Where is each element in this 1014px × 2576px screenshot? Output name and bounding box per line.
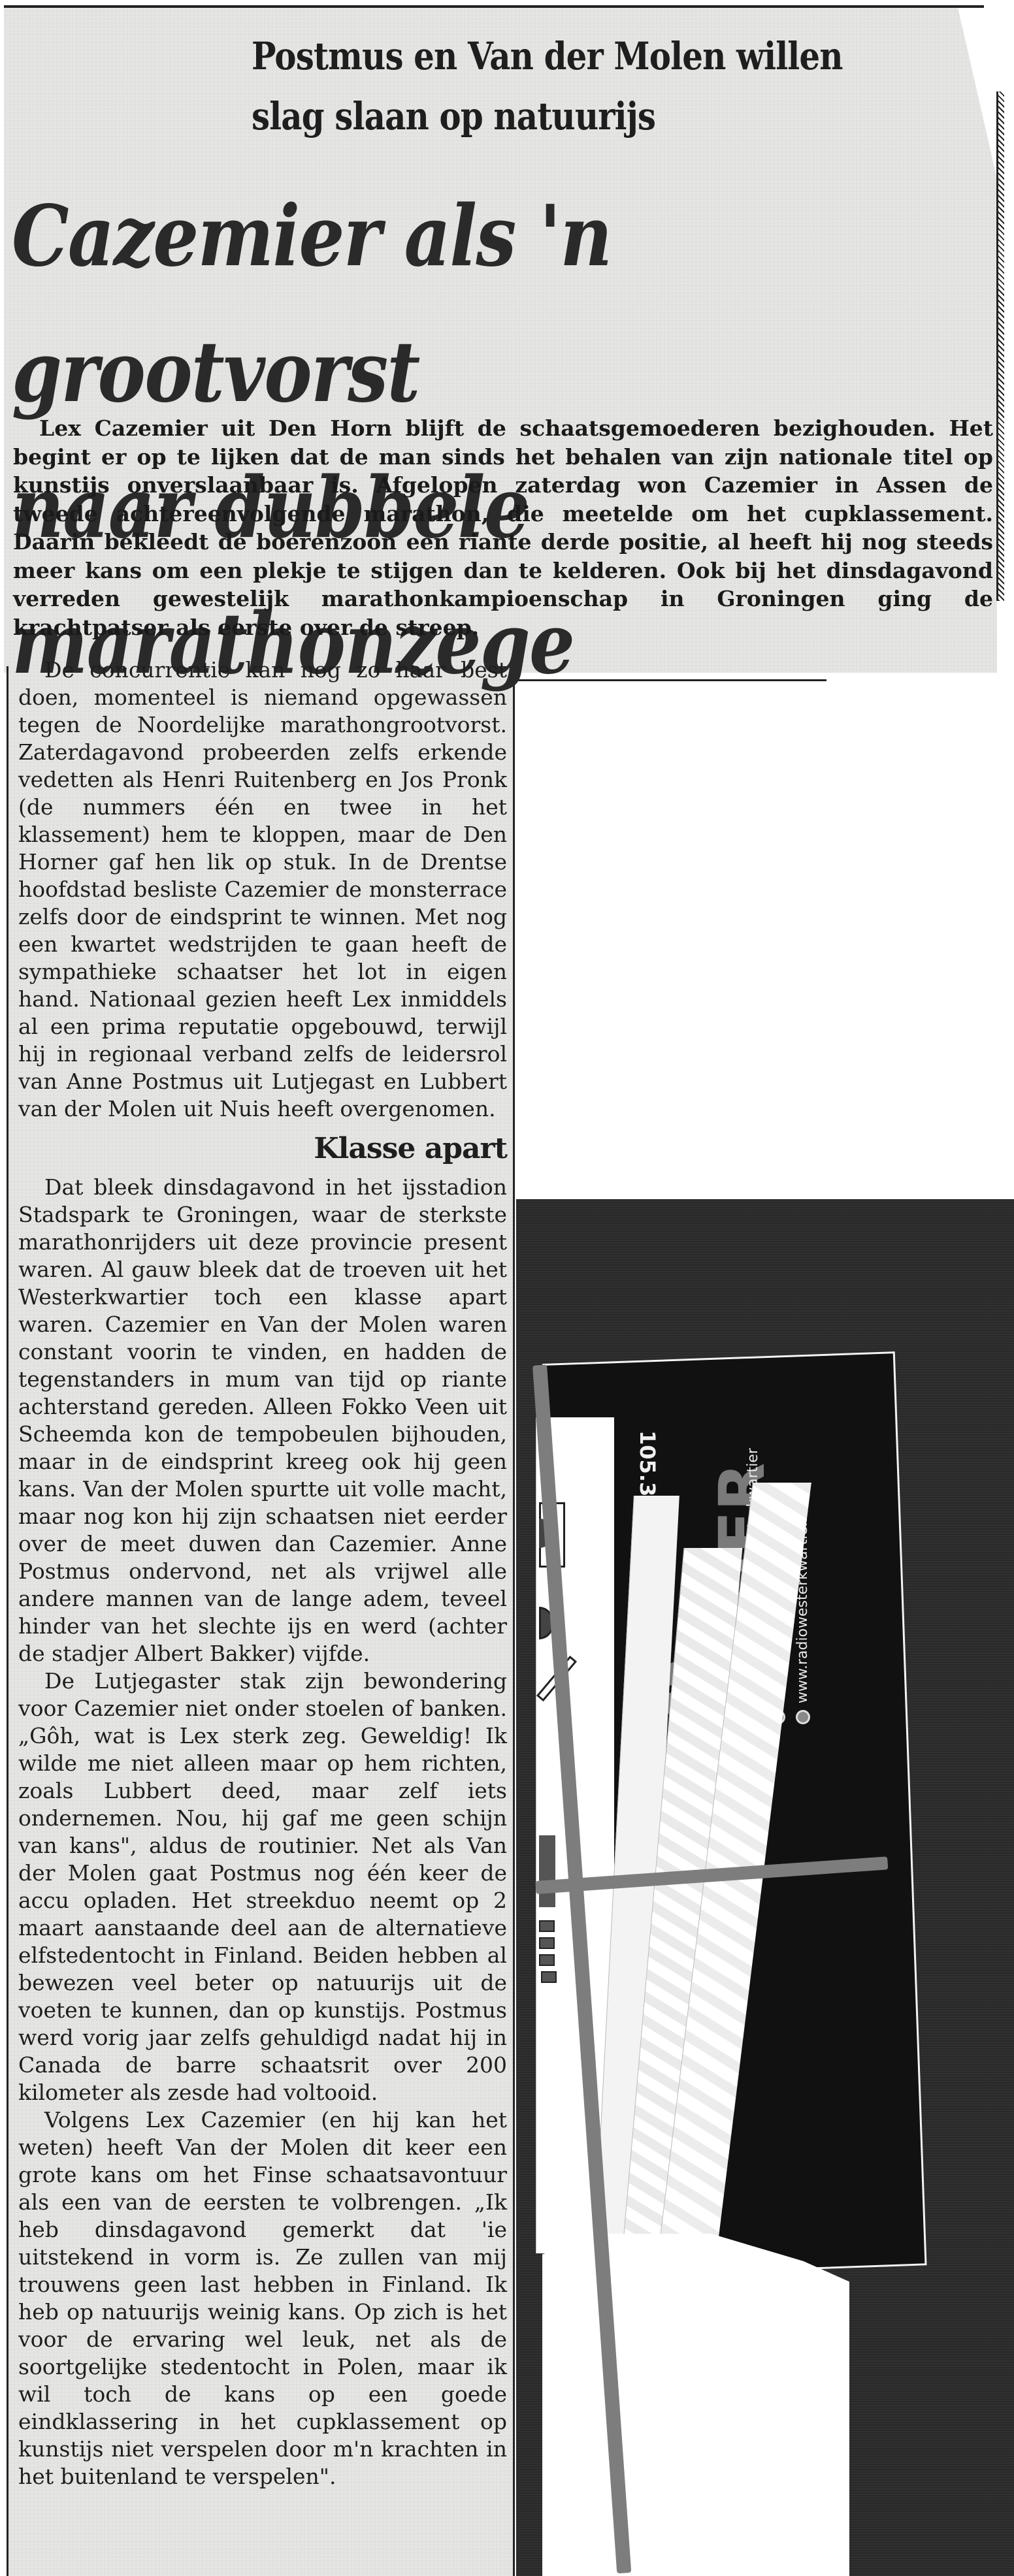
film-square-icon xyxy=(539,1954,555,1966)
wavy-border xyxy=(996,91,1004,601)
film-strip-icon xyxy=(539,1835,555,1907)
body-paragraph: Dat bleek dinsdagavond in het ijsstadion… xyxy=(18,1174,507,1667)
article-kicker: Postmus en Van der Molen willen slag sla… xyxy=(252,26,898,146)
article-body: De concurrentie kan nog zo haar best doe… xyxy=(18,656,507,2490)
kicker-line: Postmus en Van der Molen willen xyxy=(252,26,898,86)
body-paragraph: De concurrentie kan nog zo haar best doe… xyxy=(18,656,507,1123)
article-lead: Lex Cazemier uit Den Horn blijft de scha… xyxy=(13,414,993,641)
film-square-icon xyxy=(539,1920,555,1932)
web-icon xyxy=(796,1710,810,1724)
film-square-icon xyxy=(539,1937,555,1949)
body-paragraph: De Lutjegaster stak zijn bewondering voo… xyxy=(18,1667,507,2106)
body-paragraph: Volgens Lex Cazemier (en hij kan het wet… xyxy=(18,2106,507,2490)
white-card-underneath xyxy=(542,2234,849,2576)
article-subhead: Klasse apart xyxy=(18,1125,507,1172)
film-square-icon xyxy=(541,1971,557,1983)
kicker-line: slag slaan op natuurijs xyxy=(252,86,898,146)
top-rule xyxy=(4,5,984,8)
headline-line: Cazemier als 'n grootvorst xyxy=(12,169,967,440)
